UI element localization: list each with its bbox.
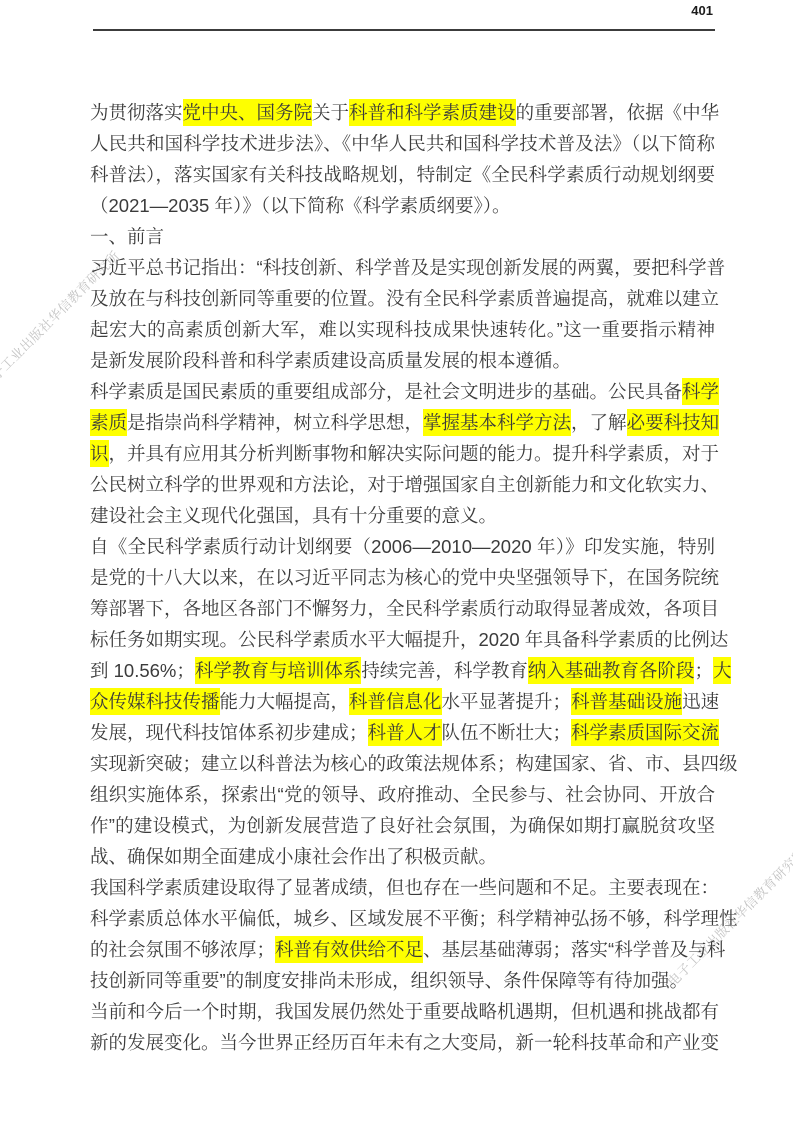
text-line: 是新发展阶段科普和科学素质建设高质量发展的根本遵循。 xyxy=(90,345,715,376)
text-segment: ； xyxy=(694,660,713,681)
text-segment: 战、确保如期全面建成小康社会作出了积极贡献。 xyxy=(90,846,497,867)
highlighted-text: 科学 xyxy=(682,378,719,405)
highlighted-text: 识 xyxy=(90,440,109,467)
text-line: 当前和今后一个时期，我国发展仍然处于重要战略机遇期，但机遇和挑战都有 xyxy=(90,996,715,1027)
text-segment: 能力大幅提高， xyxy=(220,691,350,712)
text-line: 技创新同等重要”的制度安排尚未形成，组织领导、条件保障等有待加强。 xyxy=(90,965,715,996)
text-line: 为贯彻落实党中央、国务院关于科普和科学素质建设的重要部署，依据《中华 xyxy=(90,97,715,128)
text-segment: 的重要部署，依据《中华 xyxy=(516,102,720,123)
text-segment: 当前和今后一个时期，我国发展仍然处于重要战略机遇期，但机遇和挑战都有 xyxy=(90,1001,719,1022)
text-line: 建设社会主义现代化强国，具有十分重要的意义。 xyxy=(90,500,715,531)
text-line: 我国科学素质建设取得了显著成绩，但也存在一些问题和不足。主要表现在： xyxy=(90,872,715,903)
text-line: 及放在与科技创新同等重要的位置。没有全民科学素质普遍提高，就难以建立 xyxy=(90,283,715,314)
text-line: 人民共和国科学技术进步法》、《中华人民共和国科学技术普及法》（以下简称 xyxy=(90,128,715,159)
text-segment: 迅速 xyxy=(682,691,719,712)
text-line: 一、前言 xyxy=(90,221,715,252)
highlighted-text: 科普人才 xyxy=(368,719,442,746)
text-segment: 作”的建设模式，为创新发展营造了良好社会氛围，为确保如期打赢脱贫攻坚 xyxy=(90,815,715,836)
highlighted-text: 众传媒科技传播 xyxy=(90,688,220,715)
text-segment: 关于 xyxy=(312,102,349,123)
text-line: （2021—2035 年）》（以下简称《科学素质纲要》）。 xyxy=(90,190,715,221)
text-segment: 人民共和国科学技术进步法》、《中华人民共和国科学技术普及法》（以下简称 xyxy=(90,133,715,154)
text-segment: 习近平总书记指出：“科技创新、科学普及是实现创新发展的两翼，要把科学普 xyxy=(90,257,725,278)
text-segment: （2021—2035 年）》（以下简称《科学素质纲要》）。 xyxy=(90,195,510,216)
text-line: 习近平总书记指出：“科技创新、科学普及是实现创新发展的两翼，要把科学普 xyxy=(90,252,715,283)
highlighted-text: 纳入基础教育各阶段 xyxy=(528,657,695,684)
header-divider xyxy=(93,29,715,31)
text-segment: 科普法），落实国家有关科技战略规划，特制定《全民科学素质行动规划纲要 xyxy=(90,164,715,185)
text-segment: 一、前言 xyxy=(90,226,164,247)
text-line: 筹部署下，各地区各部门不懈努力，全民科学素质行动取得显著成效，各项目 xyxy=(90,593,715,624)
text-segment: 实现新突破；建立以科普法为核心的政策法规体系；构建国家、省、市、县四级 xyxy=(90,753,738,774)
text-line: 众传媒科技传播能力大幅提高，科普信息化水平显著提升；科普基础设施迅速 xyxy=(90,686,715,717)
text-segment: ，了解 xyxy=(571,412,627,433)
text-segment: 建设社会主义现代化强国，具有十分重要的意义。 xyxy=(90,505,497,526)
text-segment: 新的发展变化。当今世界正经历百年未有之大变局，新一轮科技革命和产业变 xyxy=(90,1032,719,1053)
text-line: 实现新突破；建立以科普法为核心的政策法规体系；构建国家、省、市、县四级 xyxy=(90,748,715,779)
text-line: 识，并具有应用其分析判断事物和解决实际问题的能力。提升科学素质，对于 xyxy=(90,438,715,469)
highlighted-text: 科学教育与培训体系 xyxy=(195,657,362,684)
text-segment: 水平显著提升； xyxy=(442,691,572,712)
highlighted-text: 素质 xyxy=(90,409,127,436)
highlighted-text: 必要科技知 xyxy=(627,409,720,436)
text-line: 科学素质总体水平偏低，城乡、区域发展不平衡；科学精神弘扬不够，科学理性 xyxy=(90,903,715,934)
text-segment: 到 10.56%； xyxy=(90,660,195,681)
text-line: 组织实施体系，探索出“党的领导、政府推动、全民参与、社会协同、开放合 xyxy=(90,779,715,810)
highlighted-text: 科普基础设施 xyxy=(571,688,682,715)
text-line: 自《全民科学素质行动计划纲要（2006—2010—2020 年）》印发实施，特别 xyxy=(90,531,715,562)
text-line: 公民树立科学的世界观和方法论，对于增强国家自主创新能力和文化软实力、 xyxy=(90,469,715,500)
highlighted-text: 掌握基本科学方法 xyxy=(423,409,571,436)
text-segment: 我国科学素质建设取得了显著成绩，但也存在一些问题和不足。主要表现在： xyxy=(90,877,719,898)
text-line: 标任务如期实现。公民科学素质水平大幅提升，2020 年具备科学素质的比例达 xyxy=(90,624,715,655)
text-segment: 队伍不断壮大； xyxy=(442,722,572,743)
text-segment: 自《全民科学素质行动计划纲要（2006—2010—2020 年）》印发实施，特别 xyxy=(90,536,715,557)
highlighted-text: 科学素质国际交流 xyxy=(571,719,719,746)
text-line: 起宏大的高素质创新大军，难以实现科技成果快速转化。”这一重要指示精神 xyxy=(90,314,715,345)
text-line: 是党的十八大以来，在以习近平同志为核心的党中央坚强领导下，在国务院统 xyxy=(90,562,715,593)
text-line: 新的发展变化。当今世界正经历百年未有之大变局，新一轮科技革命和产业变 xyxy=(90,1027,715,1058)
highlighted-text: 科普有效供给不足 xyxy=(275,936,423,963)
text-segment: 持续完善，科学教育 xyxy=(361,660,528,681)
text-segment: 的社会氛围不够浓厚； xyxy=(90,939,275,960)
text-segment: 标任务如期实现。公民科学素质水平大幅提升，2020 年具备科学素质的比例达 xyxy=(90,629,728,650)
text-segment: 及放在与科技创新同等重要的位置。没有全民科学素质普遍提高，就难以建立 xyxy=(90,288,719,309)
text-segment: 科学素质是国民素质的重要组成部分，是社会文明进步的基础。公民具备 xyxy=(90,381,682,402)
text-line: 素质是指崇尚科学精神，树立科学思想，掌握基本科学方法，了解必要科技知 xyxy=(90,407,715,438)
highlighted-text: 党中央、国务院 xyxy=(183,99,313,126)
text-segment: 、基层基础薄弱；落实“科学普及与科 xyxy=(423,939,725,960)
text-segment: 是新发展阶段科普和科学素质建设高质量发展的根本遵循。 xyxy=(90,350,571,371)
text-segment: 公民树立科学的世界观和方法论，对于增强国家自主创新能力和文化软实力、 xyxy=(90,474,719,495)
highlighted-text: 科普和科学素质建设 xyxy=(349,99,516,126)
highlighted-text: 科普信息化 xyxy=(349,688,442,715)
text-segment: ，并具有应用其分析判断事物和解决实际问题的能力。提升科学素质，对于 xyxy=(109,443,720,464)
text-segment: 组织实施体系，探索出“党的领导、政府推动、全民参与、社会协同、开放合 xyxy=(90,784,715,805)
text-segment: 筹部署下，各地区各部门不懈努力，全民科学素质行动取得显著成效，各项目 xyxy=(90,598,719,619)
text-segment: 为贯彻落实 xyxy=(90,102,183,123)
text-line: 到 10.56%；科学教育与培训体系持续完善，科学教育纳入基础教育各阶段；大 xyxy=(90,655,715,686)
text-line: 的社会氛围不够浓厚；科普有效供给不足、基层基础薄弱；落实“科学普及与科 xyxy=(90,934,715,965)
page-number: 401 xyxy=(691,3,713,18)
text-line: 发展，现代科技馆体系初步建成；科普人才队伍不断壮大；科学素质国际交流 xyxy=(90,717,715,748)
text-segment: 是党的十八大以来，在以习近平同志为核心的党中央坚强领导下，在国务院统 xyxy=(90,567,719,588)
text-line: 作”的建设模式，为创新发展营造了良好社会氛围，为确保如期打赢脱贫攻坚 xyxy=(90,810,715,841)
text-segment: 发展，现代科技馆体系初步建成； xyxy=(90,722,368,743)
highlighted-text: 大 xyxy=(713,657,732,684)
text-segment: 技创新同等重要”的制度安排尚未形成，组织领导、条件保障等有待加强。 xyxy=(90,970,688,991)
text-line: 科学素质是国民素质的重要组成部分，是社会文明进步的基础。公民具备科学 xyxy=(90,376,715,407)
text-line: 战、确保如期全面建成小康社会作出了积极贡献。 xyxy=(90,841,715,872)
text-segment: 科学素质总体水平偏低，城乡、区域发展不平衡；科学精神弘扬不够，科学理性 xyxy=(90,908,738,929)
document-body: 为贯彻落实党中央、国务院关于科普和科学素质建设的重要部署，依据《中华人民共和国科… xyxy=(90,97,715,1058)
text-segment: 起宏大的高素质创新大军，难以实现科技成果快速转化。”这一重要指示精神 xyxy=(90,319,715,340)
text-segment: 是指崇尚科学精神，树立科学思想， xyxy=(127,412,423,433)
text-line: 科普法），落实国家有关科技战略规划，特制定《全民科学素质行动规划纲要 xyxy=(90,159,715,190)
